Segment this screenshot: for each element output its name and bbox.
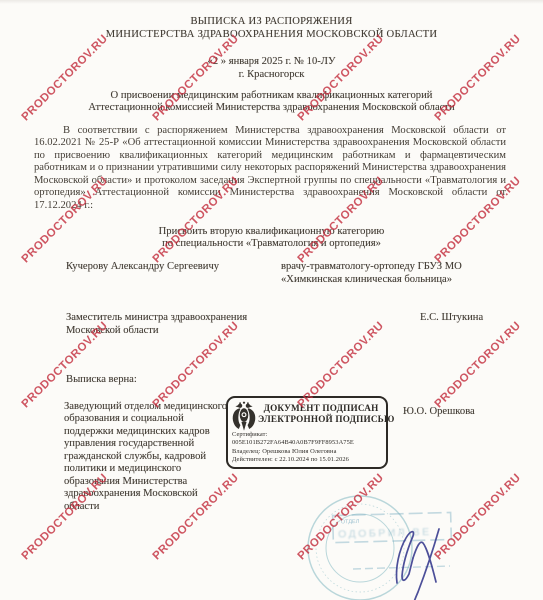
recipient-position-line2: «Химкинская клиническая больница» — [281, 274, 452, 285]
esign-title-line1: ДОКУМЕНТ ПОДПИСАН — [258, 403, 384, 413]
recipient-name: Кучерову Александру Сергеевичу — [66, 261, 219, 272]
signatory-position-line2: Московской области — [66, 325, 159, 336]
coat-of-arms-eagle-icon — [231, 400, 257, 432]
stamp-signature-line — [353, 566, 450, 569]
ink-stamp-and-signature: ОТДЕЛ ОДОБРИЛ ВЕ — [298, 478, 543, 600]
certifier-line: поддержки медицинских кадров — [64, 426, 244, 438]
certifier-line: Заведующий отделом медицинского — [64, 401, 244, 413]
document-city: г. Красногорск — [0, 69, 543, 80]
certifier-line: политики и медицинского — [64, 463, 244, 475]
round-stamp-icon — [308, 496, 412, 600]
certifier-line: образования и социальной — [64, 413, 244, 425]
extract-true-label: Выписка верна: — [66, 374, 137, 385]
body-paragraph: В соответствии с распоряжением Министерс… — [34, 125, 506, 212]
subject-line1: О присвоении медицинским работникам квал… — [0, 90, 543, 101]
esign-validity: Действителен: с 22.10.2024 по 15.01.2026 — [232, 456, 349, 464]
certifier-name: Ю.О. Орешкова — [403, 406, 475, 417]
certifier-line: области — [64, 501, 244, 513]
scan-top-edge — [0, 0, 543, 4]
certifier-line: образования Министерства — [64, 476, 244, 488]
esign-cert-label: Сертификат: — [232, 431, 267, 439]
rect-stamp-icon: ОТДЕЛ ОДОБРИЛ ВЕ — [333, 512, 452, 542]
subject-line2: Аттестационной комиссией Министерства зд… — [0, 102, 543, 113]
document-title-line2: МИНИСТЕРСТВА ЗДРАВООХРАНЕНИЯ МОСКОВСКОЙ … — [0, 29, 543, 40]
rect-stamp-big-text: ОДОБРИЛ ВЕ — [338, 526, 432, 540]
certifier-position-block: Заведующий отделом медицинского образова… — [64, 401, 244, 513]
watermark-text: PRODOCTOROV.RU — [433, 320, 524, 411]
scanned-document-page: ВЫПИСКА ИЗ РАСПОРЯЖЕНИЯ МИНИСТЕРСТВА ЗДР… — [0, 0, 543, 600]
document-title-line1: ВЫПИСКА ИЗ РАСПОРЯЖЕНИЯ — [0, 16, 543, 27]
resolution-line1: Присвоить вторую квалификационную катего… — [0, 226, 543, 237]
esign-cert-value: 005E101B272FA64B40A0B7F9FF8953A75E — [232, 439, 354, 447]
certifier-line: гражданской службы, кадровой — [64, 451, 244, 463]
recipient-position-line1: врачу-травматологу-ортопеду ГБУЗ МО — [281, 261, 462, 272]
esign-title-line2: ЭЛЕКТРОННОЙ ПОДПИСЬЮ — [258, 414, 384, 424]
rect-stamp-small-text: ОТДЕЛ — [341, 519, 360, 525]
signatory-position-line1: Заместитель министра здравоохранения — [66, 312, 247, 323]
esign-owner: Владелец: Орешкова Юлия Олеговна — [232, 448, 337, 456]
certifier-line: здравоохранения Московской — [64, 488, 244, 500]
document-date-number: «2 » января 2025 г. № 10-ЛУ — [0, 56, 543, 67]
electronic-signature-stamp: ДОКУМЕНТ ПОДПИСАН ЭЛЕКТРОННОЙ ПОДПИСЬЮ С… — [226, 396, 388, 469]
watermark-text: PRODOCTOROV.RU — [151, 320, 242, 411]
resolution-line2: по специальности «Травматология и ортопе… — [0, 238, 543, 249]
signatory-name: Е.С. Штукина — [420, 312, 483, 323]
certifier-line: управления государственной — [64, 438, 244, 450]
